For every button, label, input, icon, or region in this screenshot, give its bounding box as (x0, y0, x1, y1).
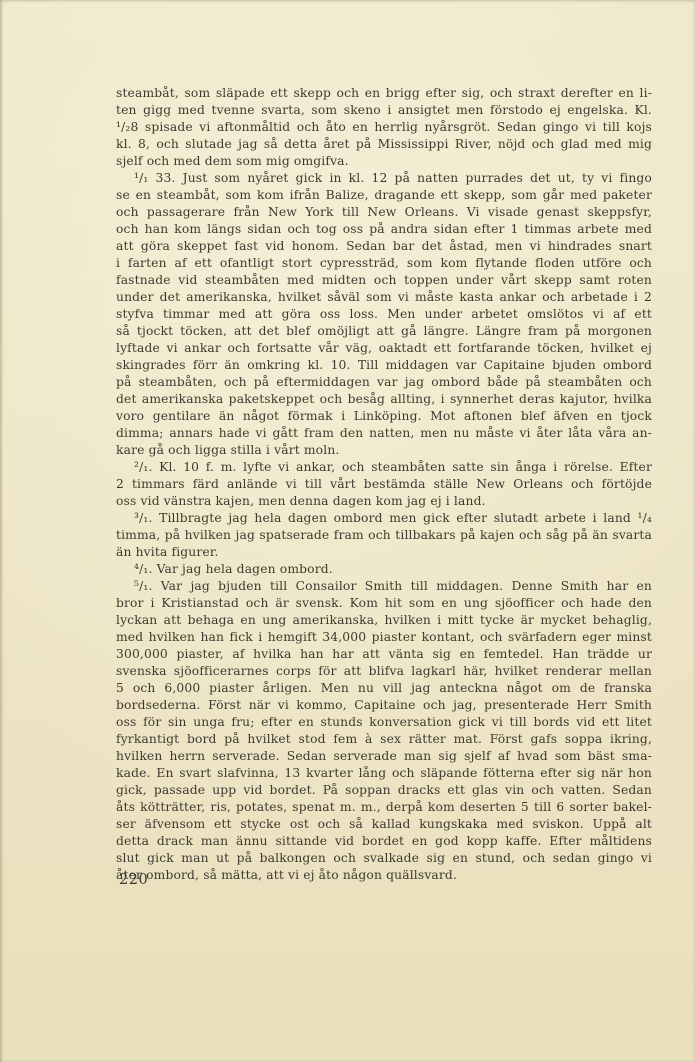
text-line: 5 och 6,000 piaster årligen. Men nu vill… (116, 680, 652, 697)
text-line: voro gentilare än något förmak i Linköpi… (116, 408, 652, 425)
text-line: se en steambåt, som kom ifrån Balize, dr… (116, 187, 652, 204)
text-line: det amerikanska paketskeppet och besåg a… (116, 391, 652, 408)
page-number: 220 (119, 872, 148, 888)
text-line: än hvita figurer. (116, 544, 652, 561)
text-line: detta drack man ännu sittande vid bordet… (116, 833, 652, 850)
text-line: timma, på hvilken jag spatserade fram oc… (116, 527, 652, 544)
text-line: på steambåten, och på eftermiddagen var … (116, 374, 652, 391)
book-page: steambåt, som släpade ett skepp och en b… (0, 0, 695, 1062)
text-line: fyrkantigt bord på hvilket stod fem à se… (116, 731, 652, 748)
text-line: gick, passade upp vid bordet. På soppan … (116, 782, 652, 799)
text-line: bror i Kristianstad och är svensk. Kom h… (116, 595, 652, 612)
text-line: kl. 8, och slutade jag så detta året på … (116, 136, 652, 153)
text-line: och passagerare från New York till New O… (116, 204, 652, 221)
text-line: skingrades förr än omkring kl. 10. Till … (116, 357, 652, 374)
text-line: ten gigg med tvenne svarta, som skeno i … (116, 102, 652, 119)
text-line: under det amerikanska, hvilket såväl som… (116, 289, 652, 306)
text-line: ser äfvensom ett stycke ost och så kalla… (116, 816, 652, 833)
text-line: lyftade vi ankar och fortsatte vår väg, … (116, 340, 652, 357)
text-line: ¹/₁ 33. Just som nyåret gick in kl. 12 p… (116, 170, 652, 187)
text-line: ²/₁. Kl. 10 f. m. lyfte vi ankar, och st… (116, 459, 652, 476)
text-line: oss för sin unga fru; efter en stunds ko… (116, 714, 652, 731)
text-line: bordsederna. Först när vi kommo, Capitai… (116, 697, 652, 714)
text-line: med hvilken han fick i hemgift 34,000 pi… (116, 629, 652, 646)
text-line: så tjockt töcken, att det blef omöjligt … (116, 323, 652, 340)
text-line: oss vid vänstra kajen, men denna dagen k… (116, 493, 652, 510)
text-line: ⁴/₁. Var jag hela dagen ombord. (116, 561, 652, 578)
text-line: i farten af ett ofantligt stort cypresst… (116, 255, 652, 272)
text-line: 300,000 piaster, af hvilka han har att v… (116, 646, 652, 663)
text-line: ¹/₂8 spisade vi aftonmåltid och åto en h… (116, 119, 652, 136)
text-line: åter ombord, så mätta, att vi ej åto någ… (116, 867, 652, 884)
text-line: ⁵/₁. Var jag bjuden till Consailor Smith… (116, 578, 652, 595)
text-line: ³/₁. Tillbragte jag hela dagen ombord me… (116, 510, 652, 527)
text-line: styfva timmar med att göra oss loss. Men… (116, 306, 652, 323)
text-line: lyckan att behaga en ung amerikanska, hv… (116, 612, 652, 629)
text-line: kare gå och ligga stilla i vårt moln. (116, 442, 652, 459)
text-line: fastnade vid steambåten med midten och t… (116, 272, 652, 289)
text-line: sjelf och med dem som mig omgifva. (116, 153, 652, 170)
page-text-block: steambåt, som släpade ett skepp och en b… (116, 85, 652, 884)
text-line: dimma; annars hade vi gått fram den natt… (116, 425, 652, 442)
text-line: och han kom längs sidan och tog oss på a… (116, 221, 652, 238)
text-line: hvilken herrn serverade. Sedan serverade… (116, 748, 652, 765)
text-line: steambåt, som släpade ett skepp och en b… (116, 85, 652, 102)
text-line: kade. En svart slafvinna, 13 kvarter lån… (116, 765, 652, 782)
text-line: slut gick man ut på balkongen och svalka… (116, 850, 652, 867)
text-line: att göra skeppet fast vid honom. Sedan b… (116, 238, 652, 255)
text-line: svenska sjöofficerarnes corps för att bl… (116, 663, 652, 680)
text-line: 2 timmars färd anlände vi till vårt best… (116, 476, 652, 493)
text-line: åts kötträtter, ris, potates, spenat m. … (116, 799, 652, 816)
